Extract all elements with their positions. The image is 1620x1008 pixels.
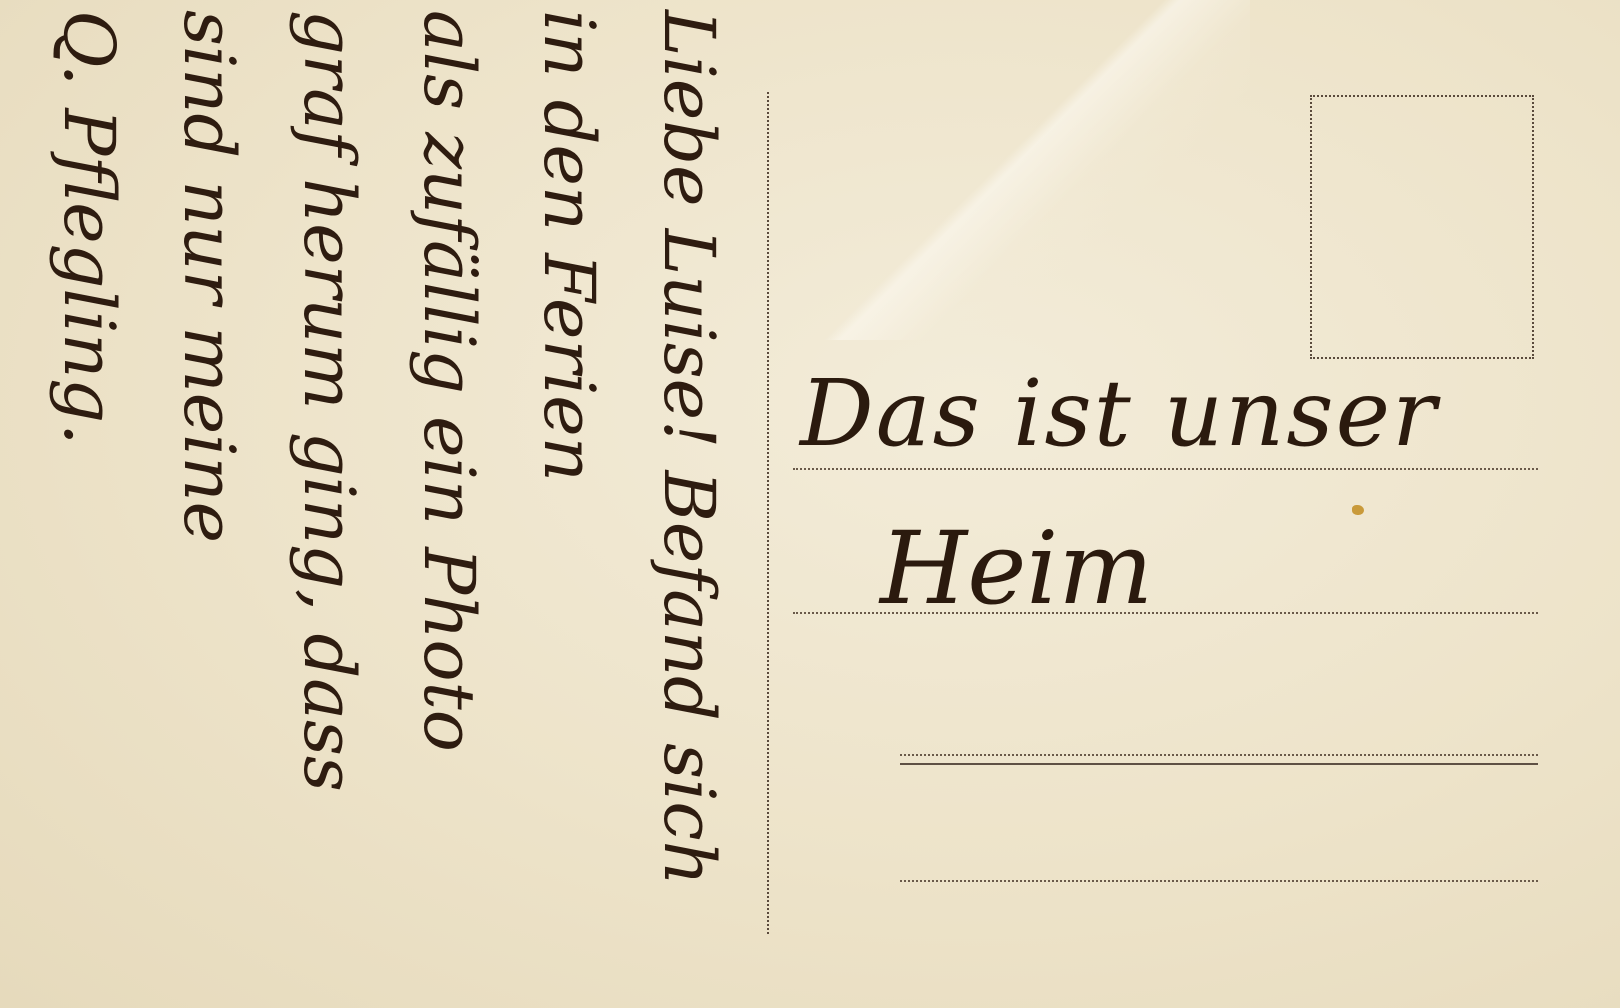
paper-speck <box>1352 505 1364 515</box>
center-divider <box>767 92 769 934</box>
message-column-1: Liebe Luise! Befand sich <box>648 10 730 886</box>
message-column-4: graf herum ging, dass <box>288 10 370 792</box>
message-column-6: Q. Pflegling. <box>48 10 130 445</box>
message-column-5: sind nur meine <box>168 10 250 543</box>
address-line-4 <box>900 880 1538 882</box>
stamp-box <box>1310 95 1534 359</box>
address-line-3-dotted <box>900 754 1538 756</box>
address-line-3-solid <box>900 763 1538 765</box>
torn-corner-crease <box>770 0 1250 340</box>
address-text-line-1: Das ist unser <box>800 360 1438 467</box>
postcard-back: Liebe Luise! Befand sich in den Ferien a… <box>0 0 1620 1008</box>
message-column-2: in den Ferien <box>528 10 610 482</box>
address-text-line-2: Heim <box>880 510 1153 627</box>
message-area: Liebe Luise! Befand sich in den Ferien a… <box>0 0 760 1008</box>
message-column-3: als zufällig ein Photo <box>408 10 490 752</box>
address-line-1 <box>793 468 1538 470</box>
